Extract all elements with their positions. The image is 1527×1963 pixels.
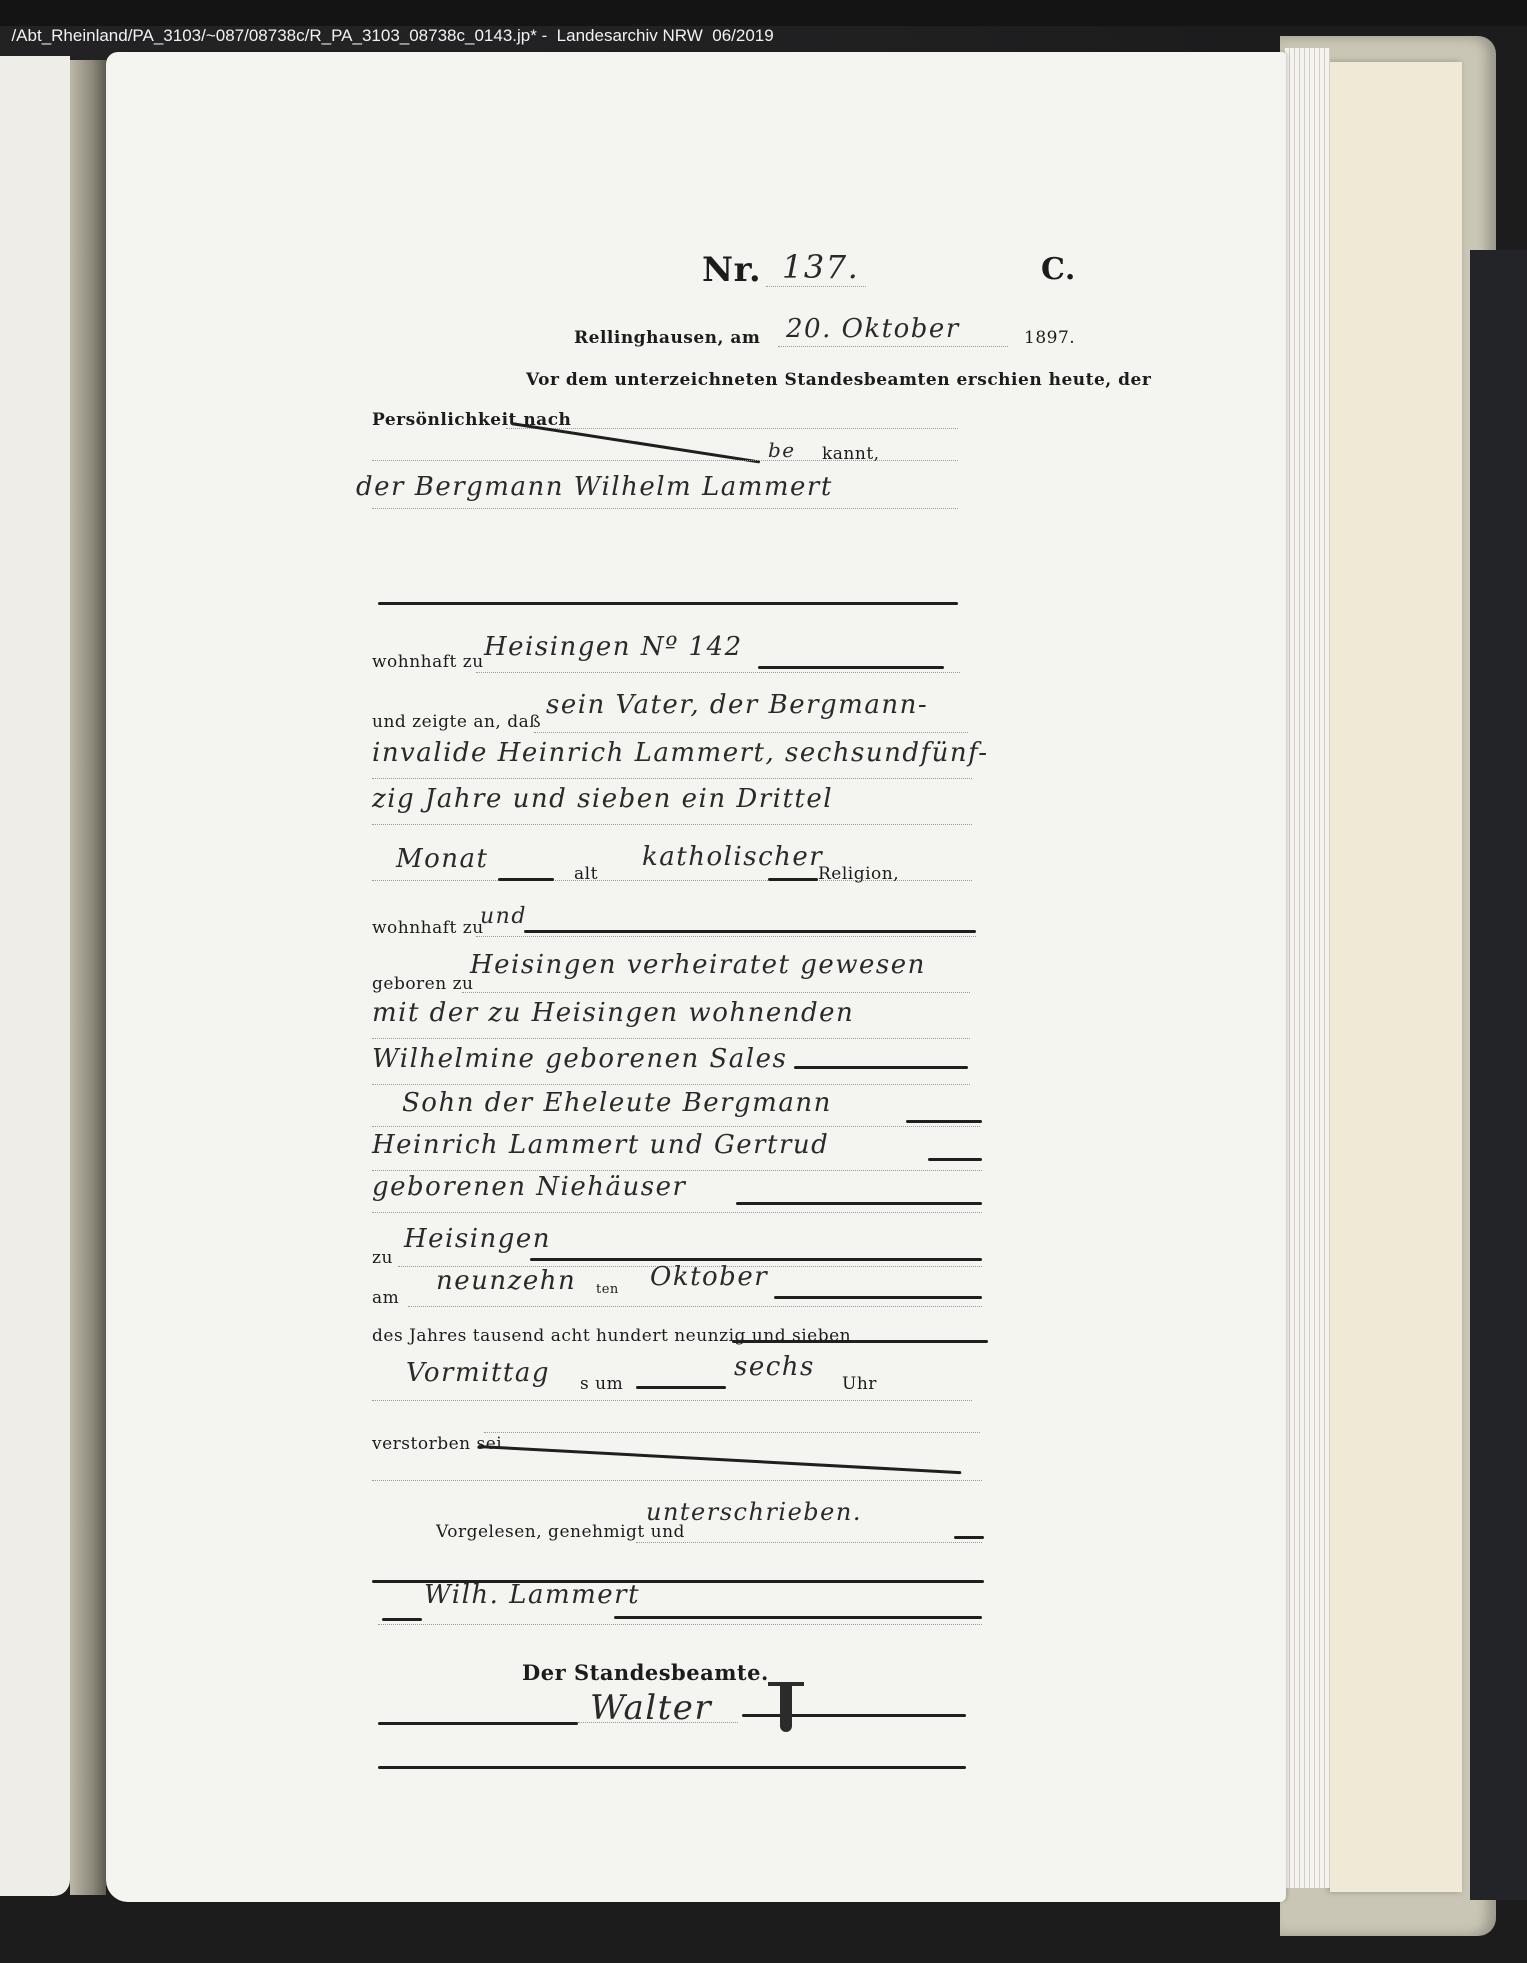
- book-gutter: [70, 60, 106, 1895]
- born-line-1: Heisingen verheiratet gewesen: [470, 950, 926, 980]
- deceased-line-3-rule: [372, 824, 972, 825]
- died-strike-line: [478, 1445, 961, 1474]
- known-suffix: be: [768, 438, 796, 462]
- residence-end-bar: [758, 666, 944, 669]
- parents-end-bar-3: [736, 1202, 982, 1205]
- book-cover-cloth: [1470, 250, 1527, 1900]
- age-label: alt: [574, 864, 598, 884]
- personal-line: [506, 428, 958, 429]
- read-end-bar: [954, 1536, 984, 1539]
- back-page-block: [1330, 62, 1462, 1892]
- informant-sig-left-bar: [382, 1618, 422, 1621]
- religion-label: Religion,: [818, 864, 899, 884]
- residence2-end-bar: [524, 930, 976, 933]
- age-months: Monat: [396, 844, 488, 874]
- residence2-label: wohnhaft zu: [372, 918, 484, 938]
- parents-line-3: geborenen Niehäuser: [372, 1172, 686, 1202]
- parents-end-bar-1: [906, 1120, 982, 1123]
- died-label: verstorben sei: [372, 1434, 502, 1454]
- residence-label: wohnhaft zu: [372, 652, 484, 672]
- deceased-line-2: invalide Heinrich Lammert, sechsundfünf-: [372, 738, 989, 768]
- ink-stamp-top: [768, 1682, 804, 1686]
- deceased-line-1: sein Vater, der Bergmann-: [546, 690, 928, 720]
- died-line-2: [372, 1480, 982, 1481]
- left-page: [0, 56, 70, 1896]
- informant-name: der Bergmann Wilhelm Lammert: [356, 472, 833, 502]
- died-line-1: [484, 1432, 980, 1433]
- born-end-bar: [794, 1066, 968, 1069]
- final-bar: [378, 1766, 966, 1769]
- residence2-value: und: [480, 904, 527, 929]
- born-line-1-rule: [462, 992, 970, 993]
- registrar-sig-left-bar: [378, 1722, 578, 1725]
- religion-value: katholischer: [642, 842, 823, 872]
- place-date-label: Rellinghausen, am: [574, 328, 760, 348]
- born-line-2: mit der zu Heisingen wohnenden: [372, 998, 854, 1028]
- death-place-label: zu: [372, 1248, 393, 1268]
- record-number-value: 137.: [782, 248, 859, 286]
- religion-end-bar: [768, 878, 818, 881]
- record-section: C.: [1041, 252, 1076, 287]
- read-approved-line: [636, 1542, 982, 1543]
- death-time-suffix: s um: [580, 1374, 623, 1394]
- death-record-form: Nr. 137. C. Rellinghausen, am 20. Oktobe…: [106, 52, 1286, 1902]
- parents-line-3-rule: [372, 1212, 982, 1213]
- death-hour-label: Uhr: [842, 1374, 877, 1394]
- death-hour-value: sechs: [734, 1352, 815, 1382]
- informant-signature-line: [378, 1624, 982, 1625]
- death-time-bar: [636, 1386, 726, 1389]
- age-end-bar: [498, 878, 554, 881]
- parents-line-1-rule: [372, 1126, 980, 1127]
- born-label: geboren zu: [372, 974, 474, 994]
- death-time-of-day: Vormittag: [406, 1358, 550, 1388]
- record-number-line: [766, 286, 866, 287]
- death-year-end-bar: [732, 1340, 988, 1343]
- death-month-value: Oktober: [650, 1262, 768, 1292]
- informant-signature: Wilh. Lammert: [424, 1580, 640, 1610]
- born-line-3-rule: [372, 1084, 970, 1085]
- registrar-signature: Walter: [590, 1688, 712, 1728]
- informant-line: [372, 508, 958, 509]
- window-title: /Abt_Rheinland/PA_3103/~087/08738c/R_PA_…: [11, 26, 773, 45]
- parents-line-2-rule: [372, 1170, 982, 1171]
- informant-sig-right-bar: [614, 1616, 982, 1619]
- parents-line-1: Sohn der Eheleute Bergmann: [402, 1088, 832, 1118]
- parents-line-2: Heinrich Lammert und Gertrud: [372, 1130, 829, 1160]
- reported-line: [534, 732, 968, 733]
- death-place-end-bar: [530, 1258, 982, 1261]
- window-title-bar: /Abt_Rheinland/PA_3103/~087/08738c/R_PA_…: [0, 0, 1527, 26]
- death-day-suffix: ten: [596, 1282, 619, 1297]
- death-day-label: am: [372, 1288, 399, 1308]
- death-year-text: des Jahres tausend acht hundert neunzig …: [372, 1326, 851, 1346]
- parents-end-bar-2: [928, 1158, 982, 1161]
- registrar-label: Der Standesbeamte.: [522, 1660, 769, 1685]
- record-number-label: Nr.: [702, 250, 761, 290]
- death-day-line: [408, 1306, 982, 1307]
- residence2-line: [476, 936, 976, 937]
- deceased-line-3: zig Jahre und sieben ein Drittel: [372, 784, 833, 814]
- date-line: [778, 346, 1008, 347]
- residence-value: Heisingen Nº 142: [484, 632, 743, 662]
- ink-stamp-mark: [780, 1682, 792, 1732]
- register-page: Nr. 137. C. Rellinghausen, am 20. Oktobe…: [106, 52, 1286, 1902]
- death-time-line: [372, 1400, 972, 1401]
- deceased-line-2-rule: [372, 778, 972, 779]
- date-value: 20. Oktober: [786, 314, 960, 344]
- record-year: 1897.: [1024, 328, 1075, 348]
- page-stack-edges: [1285, 48, 1330, 1888]
- death-day-value: neunzehn: [436, 1266, 576, 1296]
- reported-label: und zeigte an, daß: [372, 712, 541, 732]
- registrar-sig-right-bar: [742, 1714, 966, 1717]
- death-place-value: Heisingen: [404, 1224, 551, 1254]
- born-line-3: Wilhelmine geborenen Sales: [372, 1044, 787, 1074]
- known-label: kannt,: [822, 444, 880, 464]
- informant-end-bar: [378, 602, 958, 605]
- death-date-end-bar: [774, 1296, 982, 1299]
- intro-text: Vor dem unterzeichneten Standesbeamten e…: [526, 370, 1151, 390]
- residence-line: [476, 672, 960, 673]
- born-line-2-rule: [372, 1038, 970, 1039]
- read-approved-value: unterschrieben.: [646, 1498, 862, 1526]
